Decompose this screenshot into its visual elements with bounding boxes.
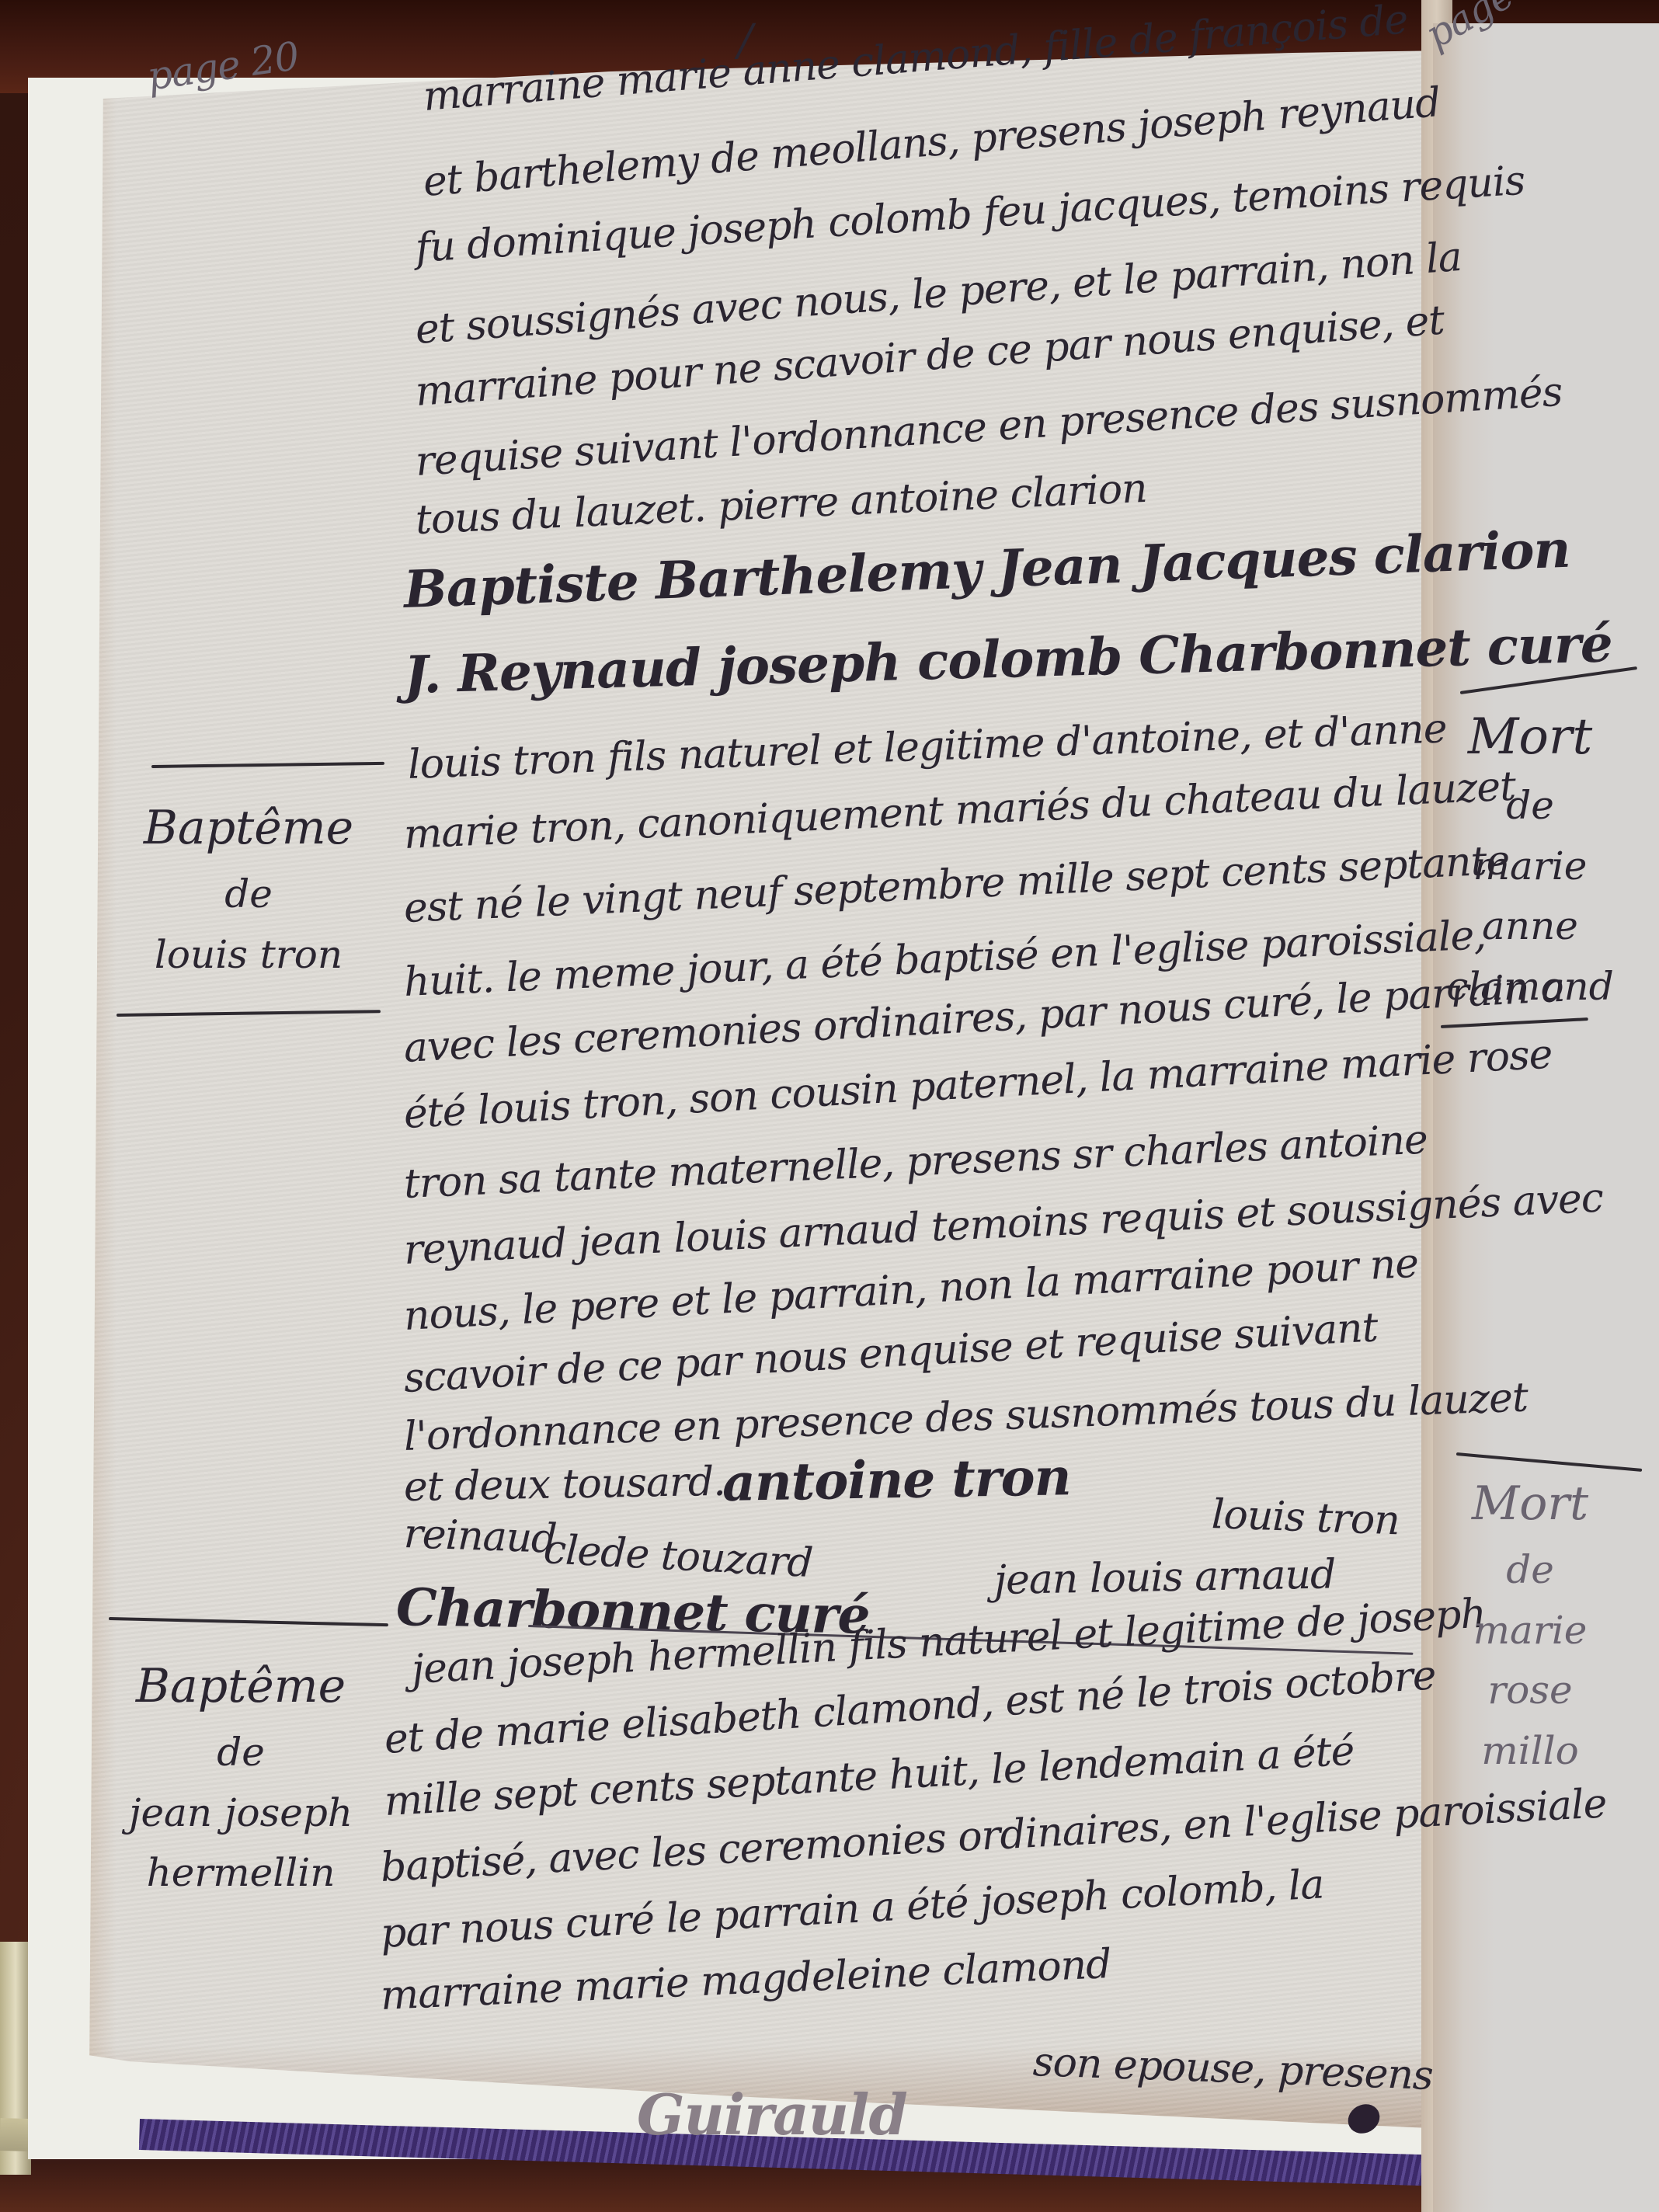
margin-note-death-marie-rose: Mort de marie rose millo [1433, 1468, 1627, 1781]
signature-louis-tron: louis tron [1211, 1491, 1400, 1544]
margin-name-line1: marie anne [1433, 836, 1627, 957]
margin-name-line2: clamond [1433, 957, 1627, 1017]
margin-name-line2: millo [1433, 1721, 1627, 1782]
margin-de: de [140, 864, 357, 925]
signature-faint: Guirauld [637, 2082, 907, 2148]
signature-jean: jean louis arnaud [993, 1551, 1335, 1604]
margin-note-death-marie-anne: Mort de marie anne clamond [1433, 699, 1627, 1017]
signature-reinaud: reinaud [403, 1511, 558, 1563]
margin-note-baptism-jean-joseph: Baptême de jean joseph hermellin [117, 1650, 365, 1904]
right-page [1433, 23, 1659, 2212]
margin-title: Baptême [117, 1650, 365, 1723]
margin-name-line2: hermellin [117, 1843, 365, 1904]
margin-name-line1: jean joseph [117, 1783, 365, 1844]
margin-de: de [117, 1723, 365, 1783]
signature-antoine-tron: antoine tron [722, 1446, 1071, 1513]
margin-name: louis tron [140, 925, 357, 986]
margin-title: Baptême [140, 792, 357, 864]
margin-note-baptism-louis-tron: Baptême de louis tron [140, 792, 357, 985]
margin-de: de [1433, 1540, 1627, 1601]
margin-title: Mort [1433, 699, 1627, 776]
margin-de: de [1433, 776, 1627, 836]
text-line: et deux tousard. [403, 1459, 725, 1511]
margin-name-line1: marie rose [1433, 1601, 1627, 1721]
margin-title: Mort [1433, 1468, 1627, 1540]
